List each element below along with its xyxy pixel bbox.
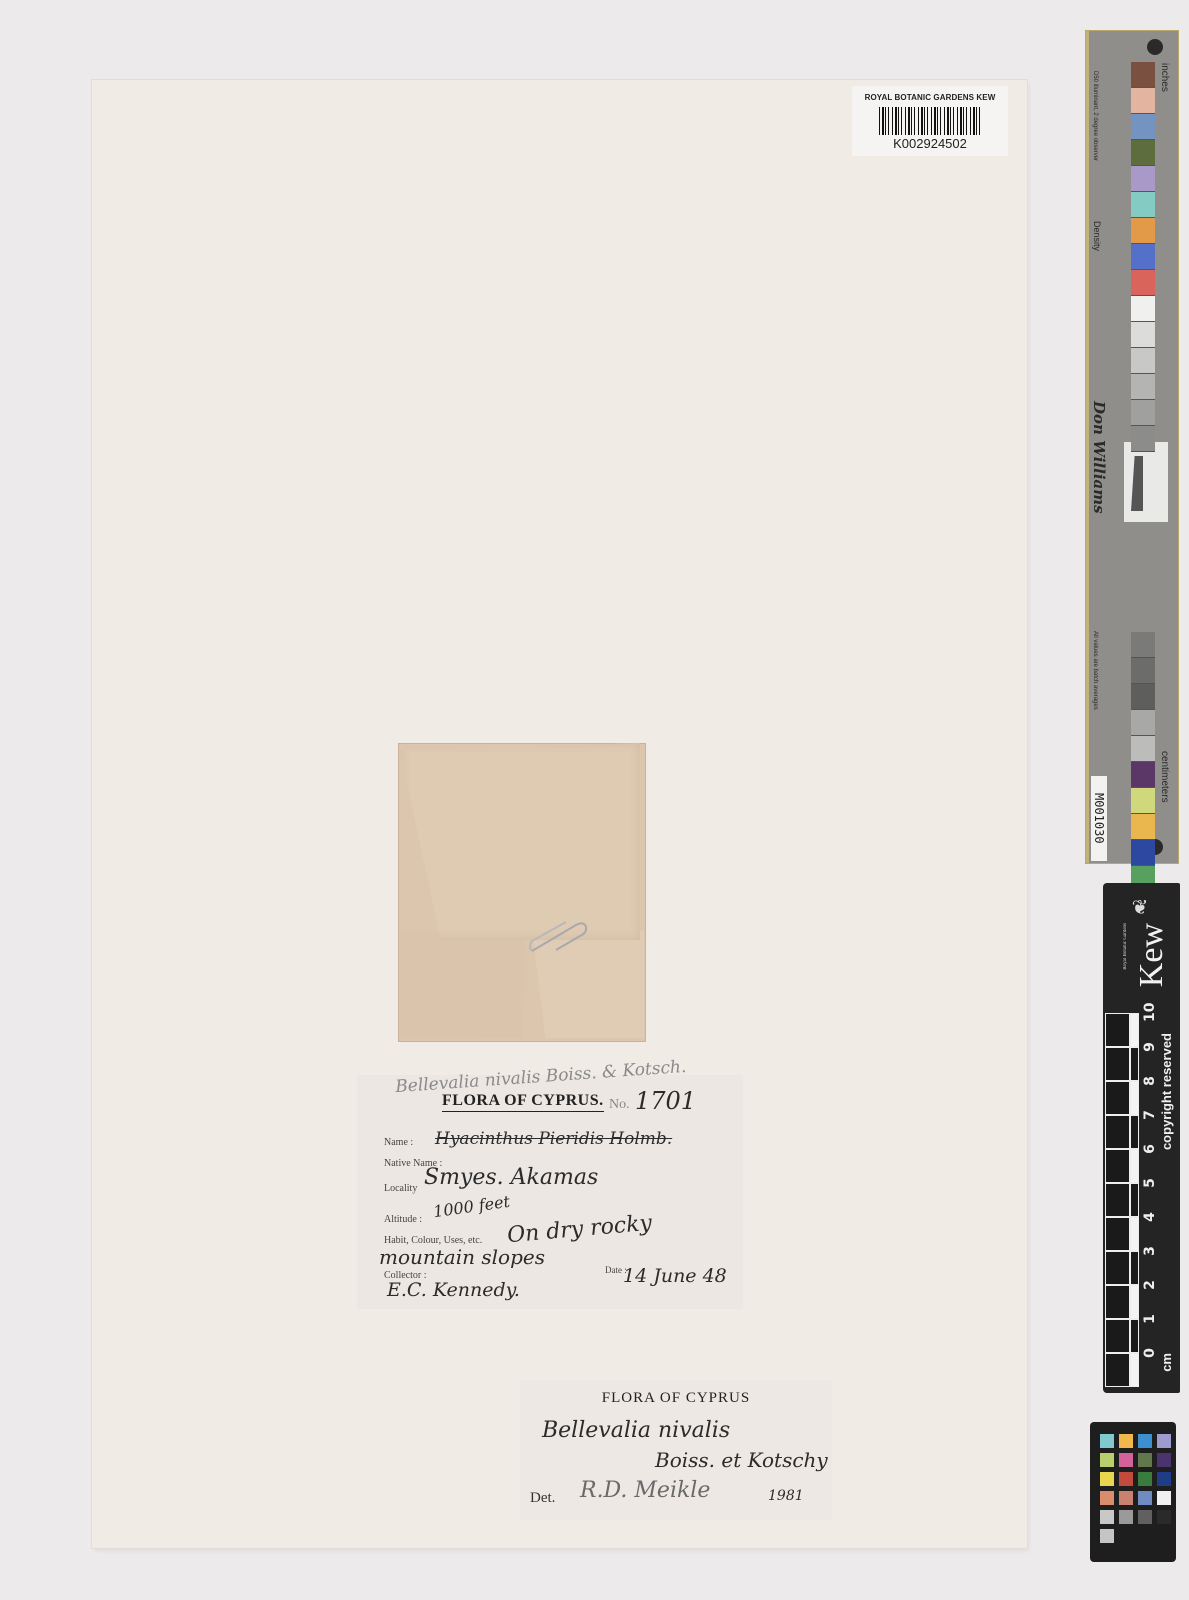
scale-segment — [1105, 1353, 1130, 1387]
color-swatch — [1131, 88, 1155, 114]
color-swatch — [1131, 114, 1155, 140]
det-label-title: FLORA OF CYPRUS — [520, 1390, 832, 1407]
barcode-number: K002924502 — [852, 136, 1008, 151]
cm-label: cm — [1159, 1353, 1174, 1372]
checker-cell — [1157, 1472, 1171, 1486]
centimeters-label: centimeters — [1159, 751, 1170, 803]
determination-label: FLORA OF CYPRUS Bellevalia nivalis Boiss… — [520, 1380, 832, 1520]
royal-crest-icon: ❦ — [1127, 895, 1153, 921]
scale-segment — [1105, 1081, 1130, 1115]
scale-number: 9 — [1142, 1038, 1158, 1056]
color-calibration-ruler: inches centimeters D50 illuminant, 2 deg… — [1085, 30, 1179, 864]
color-swatch — [1131, 710, 1155, 736]
color-swatch — [1131, 840, 1155, 866]
scale-alt-segment — [1130, 1285, 1139, 1319]
scale-alt-segment — [1130, 1353, 1139, 1387]
scale-segment — [1105, 1285, 1130, 1319]
scale-segment — [1105, 1047, 1130, 1081]
scale-alt-segment — [1130, 1115, 1139, 1149]
scale-segment — [1105, 1217, 1130, 1251]
collection-label: Bellevalia nivalis Boiss. & Kotsch. FLOR… — [357, 1075, 743, 1309]
scale-alt-segment — [1130, 1251, 1139, 1285]
scale-alt-segment — [1130, 1081, 1139, 1115]
institution-name: ROYAL BOTANIC GARDENS KEW — [852, 93, 1008, 102]
checker-cell — [1119, 1434, 1133, 1448]
scale-number: 10 — [1142, 1004, 1158, 1022]
scale-number: 6 — [1142, 1140, 1158, 1158]
scale-number: 7 — [1142, 1106, 1158, 1124]
number-label: No. — [609, 1097, 630, 1113]
kew-logo: Kew — [1133, 923, 1171, 987]
color-swatch — [1131, 762, 1155, 788]
packet-flap-left — [400, 931, 525, 1038]
checker-cell — [1138, 1472, 1152, 1486]
checker-cell — [1157, 1453, 1171, 1467]
scale-segment — [1105, 1115, 1130, 1149]
color-swatch — [1131, 140, 1155, 166]
det-year: 1981 — [768, 1488, 804, 1504]
checker-cell — [1138, 1491, 1152, 1505]
copyright-text: copyright reserved — [1159, 1033, 1174, 1150]
checker-cell — [1138, 1453, 1152, 1467]
paperclip-icon — [526, 919, 588, 955]
checker-cell — [1119, 1491, 1133, 1505]
date-value: 14 June 48 — [623, 1265, 727, 1287]
scale-number: 0 — [1142, 1344, 1158, 1362]
checker-cell — [1100, 1453, 1114, 1467]
color-swatch — [1131, 348, 1155, 374]
scale-segment — [1105, 1149, 1130, 1183]
illuminant-note: D50 illuminant, 2 degree observer — [1092, 71, 1098, 161]
color-checker-card — [1090, 1422, 1176, 1562]
color-swatch — [1131, 658, 1155, 684]
color-swatch — [1131, 400, 1155, 426]
scale-alt-segment — [1130, 1149, 1139, 1183]
collection-number: 1701 — [635, 1087, 696, 1115]
scale-number: 3 — [1142, 1242, 1158, 1260]
color-swatch — [1131, 244, 1155, 270]
checker-cell — [1100, 1434, 1114, 1448]
color-swatches — [1131, 62, 1155, 996]
altitude-value: 1000 feet — [432, 1192, 511, 1222]
checker-cell — [1119, 1453, 1133, 1467]
color-swatch — [1131, 426, 1155, 452]
color-swatch — [1131, 632, 1155, 658]
scale-alt-segment — [1130, 1047, 1139, 1081]
habit-value-line1: On dry rocky — [506, 1211, 653, 1249]
color-swatch — [1131, 322, 1155, 348]
color-swatch — [1131, 192, 1155, 218]
checker-cell — [1138, 1510, 1152, 1524]
brand-label: Don Williams — [1090, 401, 1108, 514]
checker-cell — [1157, 1510, 1171, 1524]
checker-cell — [1157, 1491, 1171, 1505]
color-swatch — [1131, 788, 1155, 814]
color-swatch — [1131, 814, 1155, 840]
checker-cell — [1100, 1510, 1114, 1524]
scale-segment — [1105, 1319, 1130, 1353]
inches-label: inches — [1159, 63, 1170, 92]
habit-value-line2: mountain slopes — [379, 1245, 545, 1269]
scale-alt-segment — [1130, 1319, 1139, 1353]
name-label: Name : — [384, 1137, 413, 1148]
name-value: Hyacinthus Pieridis Holmb. — [435, 1129, 672, 1149]
fragment-packet — [398, 743, 646, 1040]
scale-number: 1 — [1142, 1310, 1158, 1328]
locality-value: Smyes. Akamas — [424, 1165, 598, 1190]
kew-scale-bar: ❦ Royal Botanic Gardens Kew copyright re… — [1103, 883, 1180, 1393]
color-swatch — [1131, 736, 1155, 762]
scale-segment — [1105, 1251, 1130, 1285]
scale-number: 8 — [1142, 1072, 1158, 1090]
checker-cell — [1157, 1434, 1171, 1448]
checker-cell — [1119, 1510, 1133, 1524]
determiner-name: R.D. Meikle — [580, 1478, 710, 1503]
color-swatch — [1131, 296, 1155, 322]
checker-cell — [1100, 1491, 1114, 1505]
kew-subtitle: Royal Botanic Gardens — [1123, 923, 1128, 970]
scale-number: 5 — [1142, 1174, 1158, 1192]
det-label: Det. — [530, 1490, 555, 1507]
scale-alt-segment — [1130, 1183, 1139, 1217]
scale-segment — [1105, 1183, 1130, 1217]
color-swatch — [1131, 166, 1155, 192]
checker-cell — [1138, 1434, 1152, 1448]
label-title: FLORA OF CYPRUS. — [442, 1092, 604, 1112]
det-taxon-line1: Bellevalia nivalis — [542, 1418, 730, 1443]
color-swatch — [1131, 62, 1155, 88]
packet-flap-top — [400, 743, 640, 940]
checker-cell — [1119, 1472, 1133, 1486]
altitude-label: Altitude : — [384, 1214, 422, 1225]
checker-cell — [1100, 1529, 1114, 1543]
scale-alt-segment — [1130, 1217, 1139, 1251]
ruler-id-tag: M001030 — [1091, 776, 1107, 861]
cm-scale: 109876543210 — [1105, 1013, 1139, 1383]
scale-number: 2 — [1142, 1276, 1158, 1294]
color-swatch — [1131, 374, 1155, 400]
det-taxon-line2: Boiss. et Kotschy — [655, 1448, 828, 1472]
scale-number: 4 — [1142, 1208, 1158, 1226]
color-swatch — [1131, 218, 1155, 244]
density-label: Density — [1092, 221, 1102, 251]
checker-cell — [1100, 1472, 1114, 1486]
ruler-hole-top — [1147, 39, 1163, 55]
color-swatch — [1131, 270, 1155, 296]
scale-alt-segment — [1130, 1013, 1139, 1047]
color-swatch — [1131, 684, 1155, 710]
barcode-icon — [879, 107, 981, 135]
locality-label: Locality — [384, 1183, 417, 1194]
scale-segment — [1105, 1013, 1130, 1047]
batch-note: All values are batch averages — [1092, 631, 1098, 710]
collector-value: E.C. Kennedy. — [387, 1279, 520, 1301]
barcode-label: ROYAL BOTANIC GARDENS KEW K002924502 — [852, 86, 1008, 156]
